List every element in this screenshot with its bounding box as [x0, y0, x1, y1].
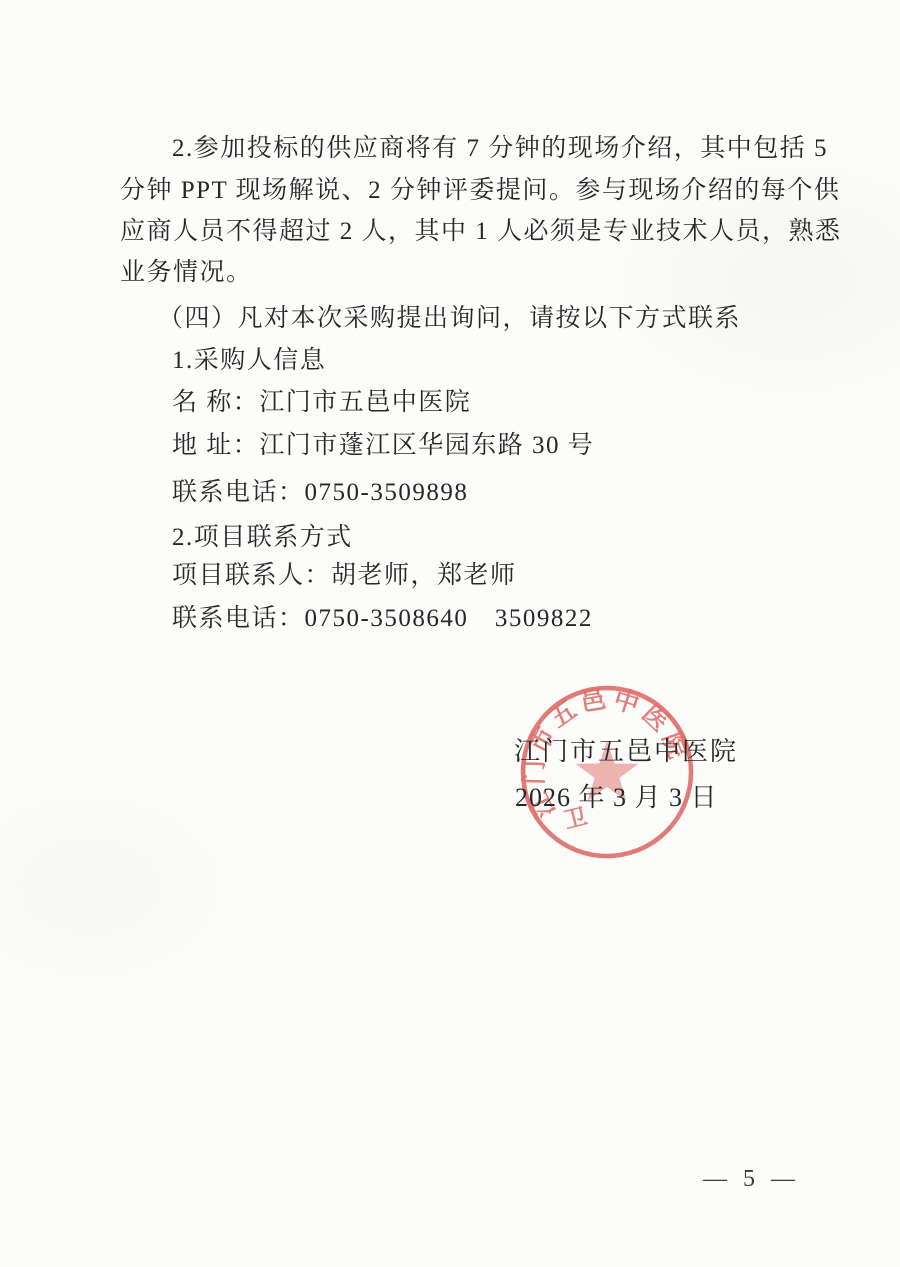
body-line-6: 1.采购人信息 — [172, 340, 326, 376]
document-page: 2.参加投标的供应商将有 7 分钟的现场介绍，其中包括 5 分钟 PPT 现场解… — [0, 0, 900, 1267]
page-number: — 5 — — [703, 1166, 795, 1193]
body-line-4: 业务情况。 — [120, 252, 253, 288]
signature-organization: 江门市五邑中医院 — [514, 731, 738, 768]
body-line-2: 分钟 PPT 现场解说、2 分钟评委提问。参与现场介绍的每个供 — [120, 170, 840, 206]
body-line-3: 应商人员不得超过 2 人，其中 1 人必须是专业技术人员，熟悉 — [120, 211, 842, 247]
body-line-12: 联系电话：0750-3508640 3509822 — [172, 598, 593, 634]
body-line-10: 2.项目联系方式 — [172, 517, 353, 553]
body-line-7: 名 称：江门市五邑中医院 — [172, 382, 471, 418]
body-line-9: 联系电话：0750-3509898 — [172, 472, 468, 508]
body-line-11: 项目联系人：胡老师，郑老师 — [172, 555, 517, 591]
body-line-8: 地 址：江门市蓬江区华园东路 30 号 — [172, 425, 594, 461]
body-line-5: （四）凡对本次采购提出询问，请按以下方式联系 — [158, 298, 741, 334]
signature-date: 2026 年 3 月 3 日 — [515, 777, 718, 814]
body-line-1: 2.参加投标的供应商将有 7 分钟的现场介绍，其中包括 5 — [172, 128, 828, 164]
official-seal-stamp: 江门市五邑中医院 卫 — [512, 677, 702, 867]
